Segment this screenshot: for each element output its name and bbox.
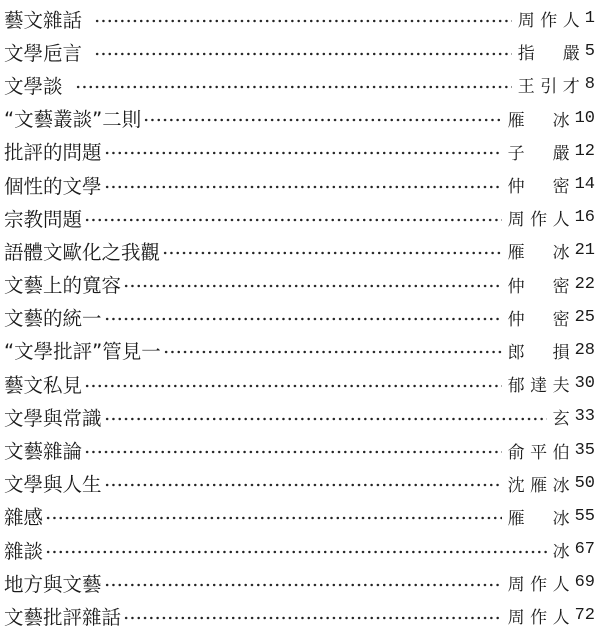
toc-entry[interactable]: 文藝的統一 仲 密 25 xyxy=(4,301,595,334)
entry-title: 文學談 xyxy=(4,71,73,99)
toc-entry[interactable]: 宗教問題 周作人 16 xyxy=(4,201,595,234)
entry-author: 冰 xyxy=(553,537,570,562)
entry-title: 文學與常識 xyxy=(4,403,102,431)
dot-leader xyxy=(104,582,502,588)
entry-title: 文藝上的寬容 xyxy=(4,270,121,298)
dot-leader xyxy=(45,515,502,521)
dot-leader xyxy=(84,449,502,455)
entry-author: 仲 密 xyxy=(508,272,570,297)
entry-page-number: 30 xyxy=(575,374,595,393)
dot-leader xyxy=(94,51,512,57)
entry-page-number: 21 xyxy=(575,241,595,260)
entry-author: 仲 密 xyxy=(508,172,570,197)
entry-title: 藝文私見 xyxy=(4,370,82,398)
entry-page-number: 14 xyxy=(575,175,595,194)
entry-page-number: 33 xyxy=(575,407,595,426)
entry-title: “文藝叢談”二則 xyxy=(4,104,141,132)
toc-entry[interactable]: “文學批評”管見一 郎 損 28 xyxy=(4,334,595,367)
toc-entry[interactable]: 地方與文藝 周作人 69 xyxy=(4,566,595,599)
entry-author: 雁 冰 xyxy=(508,238,570,263)
dot-leader xyxy=(123,283,502,289)
entry-title: 雜感 xyxy=(4,502,43,530)
toc-entry[interactable]: 藝文私見 郁達夫 30 xyxy=(4,367,595,400)
entry-title: 地方與文藝 xyxy=(4,569,102,597)
dot-leader xyxy=(163,349,502,355)
toc-entry[interactable]: 批評的問題 子 嚴 12 xyxy=(4,135,595,168)
entry-page-number: 1 xyxy=(585,9,595,28)
toc-entry[interactable]: 文藝雜論 俞平伯 35 xyxy=(4,433,595,466)
entry-title: “文學批評”管見一 xyxy=(4,336,161,364)
dot-leader xyxy=(84,383,502,389)
entry-page-number: 55 xyxy=(575,507,595,526)
toc-entry[interactable]: 語體文歐化之我觀 雁 冰 21 xyxy=(4,234,595,267)
toc-entry[interactable]: 文學與人生 沈雁冰 50 xyxy=(4,467,595,500)
entry-author: 王引才 xyxy=(518,72,580,97)
dot-leader xyxy=(123,615,502,621)
entry-page-number: 28 xyxy=(575,341,595,360)
entry-page-number: 69 xyxy=(575,573,595,592)
toc-entry[interactable]: 雜感 雁 冰 55 xyxy=(4,500,595,533)
entry-title: 文藝的統一 xyxy=(4,303,102,331)
toc-entry[interactable]: 文學巵言 指 嚴 5 xyxy=(4,35,595,68)
toc-entry[interactable]: “文藝叢談”二則 雁 冰 10 xyxy=(4,102,595,135)
toc-entry[interactable]: 個性的文學 仲 密 14 xyxy=(4,168,595,201)
entry-title: 語體文歐化之我觀 xyxy=(4,237,160,265)
dot-leader xyxy=(104,416,547,422)
entry-author: 子 嚴 xyxy=(508,139,570,164)
entry-author: 周作人 xyxy=(508,603,570,628)
entry-page-number: 72 xyxy=(575,606,595,625)
entry-title: 文藝批評雜話 xyxy=(4,602,121,630)
entry-title: 藝文雜話 xyxy=(4,5,92,33)
entry-author: 雁 冰 xyxy=(508,504,570,529)
entry-author: 俞平伯 xyxy=(508,438,570,463)
toc-entry[interactable]: 文學與常識 玄 33 xyxy=(4,400,595,433)
entry-author: 仲 密 xyxy=(508,305,570,330)
dot-leader xyxy=(104,184,502,190)
dot-leader xyxy=(104,316,502,322)
entry-author: 沈雁冰 xyxy=(508,471,570,496)
entry-page-number: 12 xyxy=(575,142,595,161)
dot-leader xyxy=(104,482,502,488)
entry-author: 周作人 xyxy=(518,6,580,31)
toc-entry[interactable]: 雜談 冰 67 xyxy=(4,533,595,566)
entry-title: 個性的文學 xyxy=(4,171,102,199)
entry-page-number: 5 xyxy=(585,42,595,61)
dot-leader xyxy=(84,217,502,223)
entry-page-number: 16 xyxy=(575,208,595,227)
entry-page-number: 10 xyxy=(575,109,595,128)
dot-leader xyxy=(75,84,512,90)
entry-author: 郁達夫 xyxy=(508,371,570,396)
entry-title: 雜談 xyxy=(4,536,43,564)
dot-leader xyxy=(45,549,547,555)
entry-page-number: 8 xyxy=(585,75,595,94)
toc-entry[interactable]: 文藝批評雜話 周作人 72 xyxy=(4,599,595,632)
entry-page-number: 50 xyxy=(575,474,595,493)
entry-page-number: 25 xyxy=(575,308,595,327)
dot-leader xyxy=(162,250,502,256)
entry-title: 文藝雜論 xyxy=(4,436,82,464)
entry-title: 文學巵言 xyxy=(4,38,92,66)
entry-title: 宗教問題 xyxy=(4,204,82,232)
entry-author: 玄 xyxy=(553,404,570,429)
dot-leader xyxy=(104,150,502,156)
toc-entry[interactable]: 文學談 王引才 8 xyxy=(4,68,595,101)
entry-title: 文學與人生 xyxy=(4,469,102,497)
toc-entry[interactable]: 文藝上的寬容 仲 密 22 xyxy=(4,268,595,301)
toc-entry[interactable]: 藝文雜話 周作人 1 xyxy=(4,2,595,35)
table-of-contents: 藝文雜話 周作人 1 文學巵言 指 嚴 5 文學談 王引才 8 “文藝叢談”二則… xyxy=(4,2,595,633)
entry-title: 批評的問題 xyxy=(4,137,102,165)
entry-author: 雁 冰 xyxy=(508,106,570,131)
entry-author: 郎 損 xyxy=(508,338,570,363)
entry-page-number: 67 xyxy=(575,540,595,559)
entry-page-number: 35 xyxy=(575,441,595,460)
entry-author: 周作人 xyxy=(508,205,570,230)
dot-leader xyxy=(143,117,501,123)
dot-leader xyxy=(94,18,512,24)
entry-page-number: 22 xyxy=(575,275,595,294)
entry-author: 指 嚴 xyxy=(518,39,580,64)
entry-author: 周作人 xyxy=(508,570,570,595)
